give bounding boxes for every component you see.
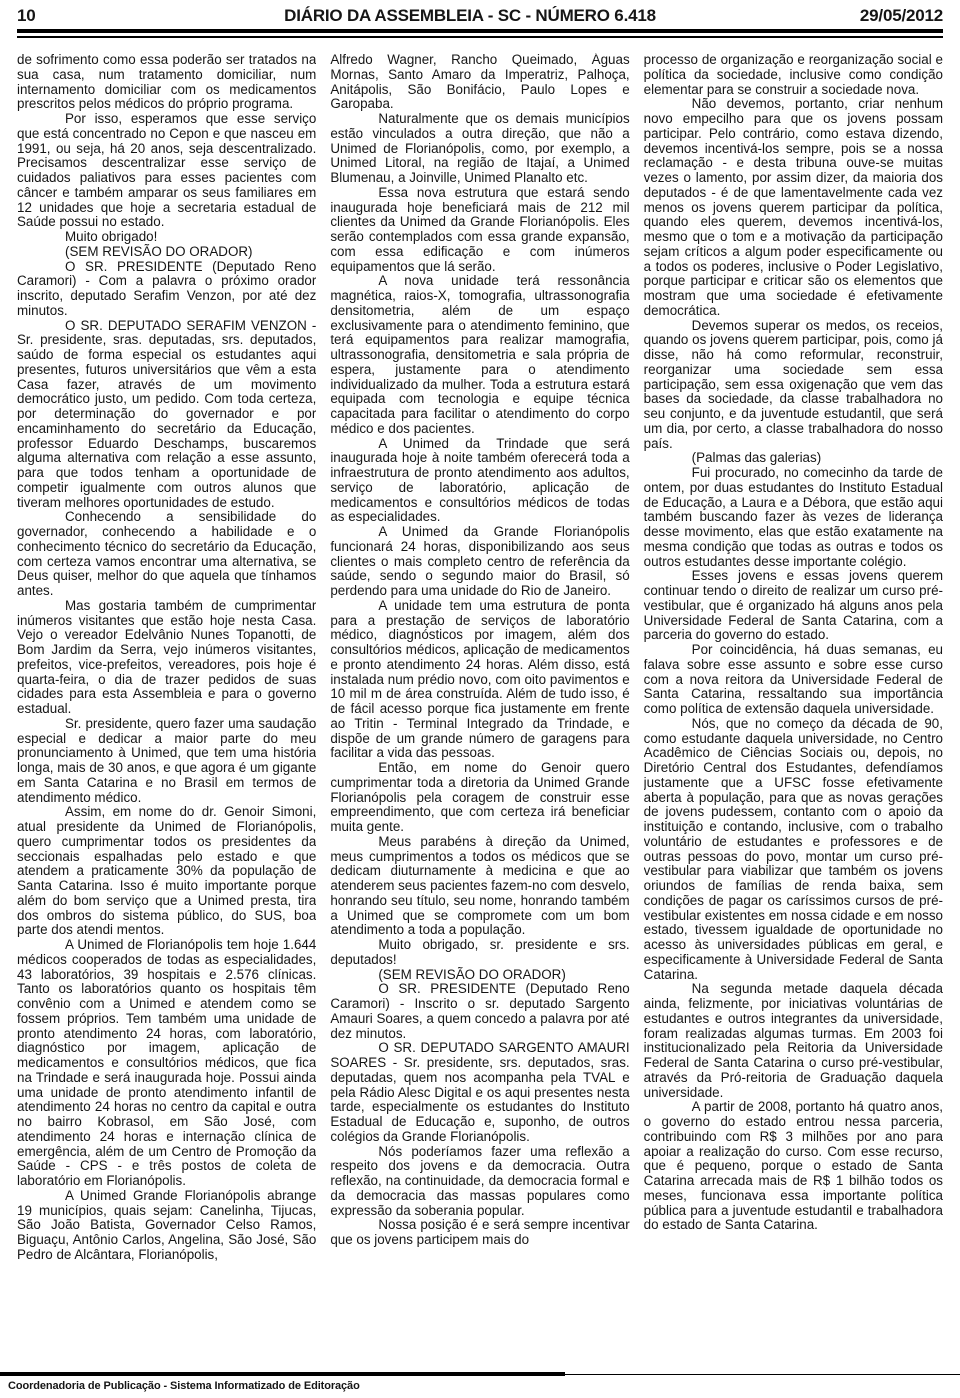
footer-imprint: Coordenadoria de Publicação - Sistema In… [8, 1380, 360, 1392]
paragraph: Meus parabéns à direção da Unimed, meus … [330, 835, 629, 938]
paragraph: Mas gostaria também de cumprimentar inúm… [17, 599, 316, 717]
page-footer: Coordenadoria de Publicação - Sistema In… [0, 1374, 960, 1398]
paragraph: A partir de 2008, portanto há quatro ano… [644, 1100, 943, 1233]
issue-date: 29/05/2012 [833, 6, 943, 26]
gazette-page: 10 DIÁRIO DA ASSEMBLEIA - SC - NÚMERO 6.… [0, 0, 960, 1341]
header-divider-rule [17, 29, 943, 38]
paragraph: A unidade tem uma estrutura de ponta par… [330, 599, 629, 761]
paragraph: Alfredo Wagner, Rancho Queimado, Águas M… [330, 53, 629, 112]
paragraph: Assim, em nome do dr. Genoir Simoni, atu… [17, 805, 316, 938]
text-column-3: processo de organização e reorganização … [644, 53, 943, 1341]
paragraph: Fui procurado, no comecinho da tarde de … [644, 466, 943, 569]
paragraph: processo de organização e reorganização … [644, 53, 943, 97]
paragraph: (SEM REVISÃO DO ORADOR) [330, 968, 629, 983]
paragraph: Muito obrigado, sr. presidente e srs. de… [330, 938, 629, 968]
paragraph: Na segunda metade daquela década ainda, … [644, 982, 943, 1100]
paragraph: (SEM REVISÃO DO ORADOR) [17, 245, 316, 260]
page-body: de sofrimento como essa poderão ser trat… [17, 53, 943, 1341]
paragraph: O SR. PRESIDENTE (Deputado Reno Caramori… [330, 982, 629, 1041]
paragraph: Essa nova estrutura que estará sendo ina… [330, 186, 629, 275]
paragraph: O SR. DEPUTADO SERAFIM VENZON - Sr. pres… [17, 319, 316, 511]
paragraph: Esses jovens e essas jovens querem conti… [644, 569, 943, 643]
paragraph: Não devemos, portanto, criar nenhum novo… [644, 97, 943, 318]
paragraph: Conhecendo a sensibilidade do governador… [17, 510, 316, 599]
text-column-1: de sofrimento como essa poderão ser trat… [17, 53, 316, 1341]
paragraph: Naturalmente que os demais municípios es… [330, 112, 629, 186]
footer-divider-rule-thick [0, 1372, 565, 1376]
paragraph: (Palmas das galerias) [644, 451, 943, 466]
page-header: 10 DIÁRIO DA ASSEMBLEIA - SC - NÚMERO 6.… [17, 6, 943, 26]
paragraph: O SR. PRESIDENTE (Deputado Reno Caramori… [17, 260, 316, 319]
paragraph: Sr. presidente, quero fazer uma saudação… [17, 717, 316, 806]
paragraph: Devemos superar os medos, os receios, qu… [644, 319, 943, 452]
paragraph: Nossa posição é e será sempre incentivar… [330, 1218, 629, 1248]
paragraph: Nós, que no começo da década de 90, como… [644, 717, 943, 983]
paragraph: Muito obrigado! [17, 230, 316, 245]
paragraph: A Unimed de Florianópolis tem hoje 1.644… [17, 938, 316, 1189]
paragraph: O SR. DEPUTADO SARGENTO AMAURI SOARES - … [330, 1041, 629, 1144]
text-column-2: Alfredo Wagner, Rancho Queimado, Águas M… [330, 53, 629, 1341]
paragraph: Nós poderíamos fazer uma reflexão a resp… [330, 1145, 629, 1219]
paragraph: A Unimed da Trindade que será inaugurada… [330, 437, 629, 526]
paragraph: de sofrimento como essa poderão ser trat… [17, 53, 316, 112]
page-number: 10 [17, 6, 107, 26]
paragraph: Então, em nome do Genoir quero cumprimen… [330, 761, 629, 835]
paragraph: A Unimed Grande Florianópolis abrange 19… [17, 1189, 316, 1263]
paragraph: Por isso, esperamos que esse serviço que… [17, 112, 316, 230]
paragraph: Por coincidência, há duas semanas, eu fa… [644, 643, 943, 717]
paragraph: A Unimed da Grande Florianópolis funcion… [330, 525, 629, 599]
gazette-title: DIÁRIO DA ASSEMBLEIA - SC - NÚMERO 6.418 [107, 6, 833, 26]
paragraph: A nova unidade terá ressonância magnétic… [330, 274, 629, 436]
